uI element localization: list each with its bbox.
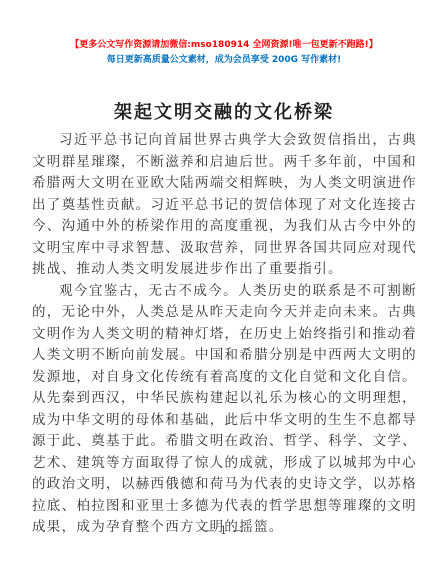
- paragraph: 观今宜鉴古，无古不成今。人类历史的联系是不可割断的，无论中外，人类总是从昨天走向…: [32, 281, 417, 539]
- document-page: 【更多公文写作资源请加微信:mso180914 全网资源!唯一包更新不跑路!】 …: [0, 0, 448, 580]
- document-body: 习近平总书记向首届世界古典学大会致贺信指出，古典文明群星璀璨，不断滋养和启迪后世…: [32, 130, 417, 539]
- page-number: — 1 —: [0, 524, 448, 537]
- paragraph: 习近平总书记向首届世界古典学大会致贺信指出，古典文明群星璀璨，不断滋养和启迪后世…: [32, 130, 417, 281]
- promo-banner-red-line: 【更多公文写作资源请加微信:mso180914 全网资源!唯一包更新不跑路!】: [0, 38, 448, 53]
- promo-banner: 【更多公文写作资源请加微信:mso180914 全网资源!唯一包更新不跑路!】 …: [0, 0, 448, 68]
- promo-banner-blue-line: 每日更新高质量公文素材，成为会员享受 200G 写作素材!: [0, 53, 448, 68]
- document-title: 架起文明交融的文化桥梁: [0, 98, 448, 124]
